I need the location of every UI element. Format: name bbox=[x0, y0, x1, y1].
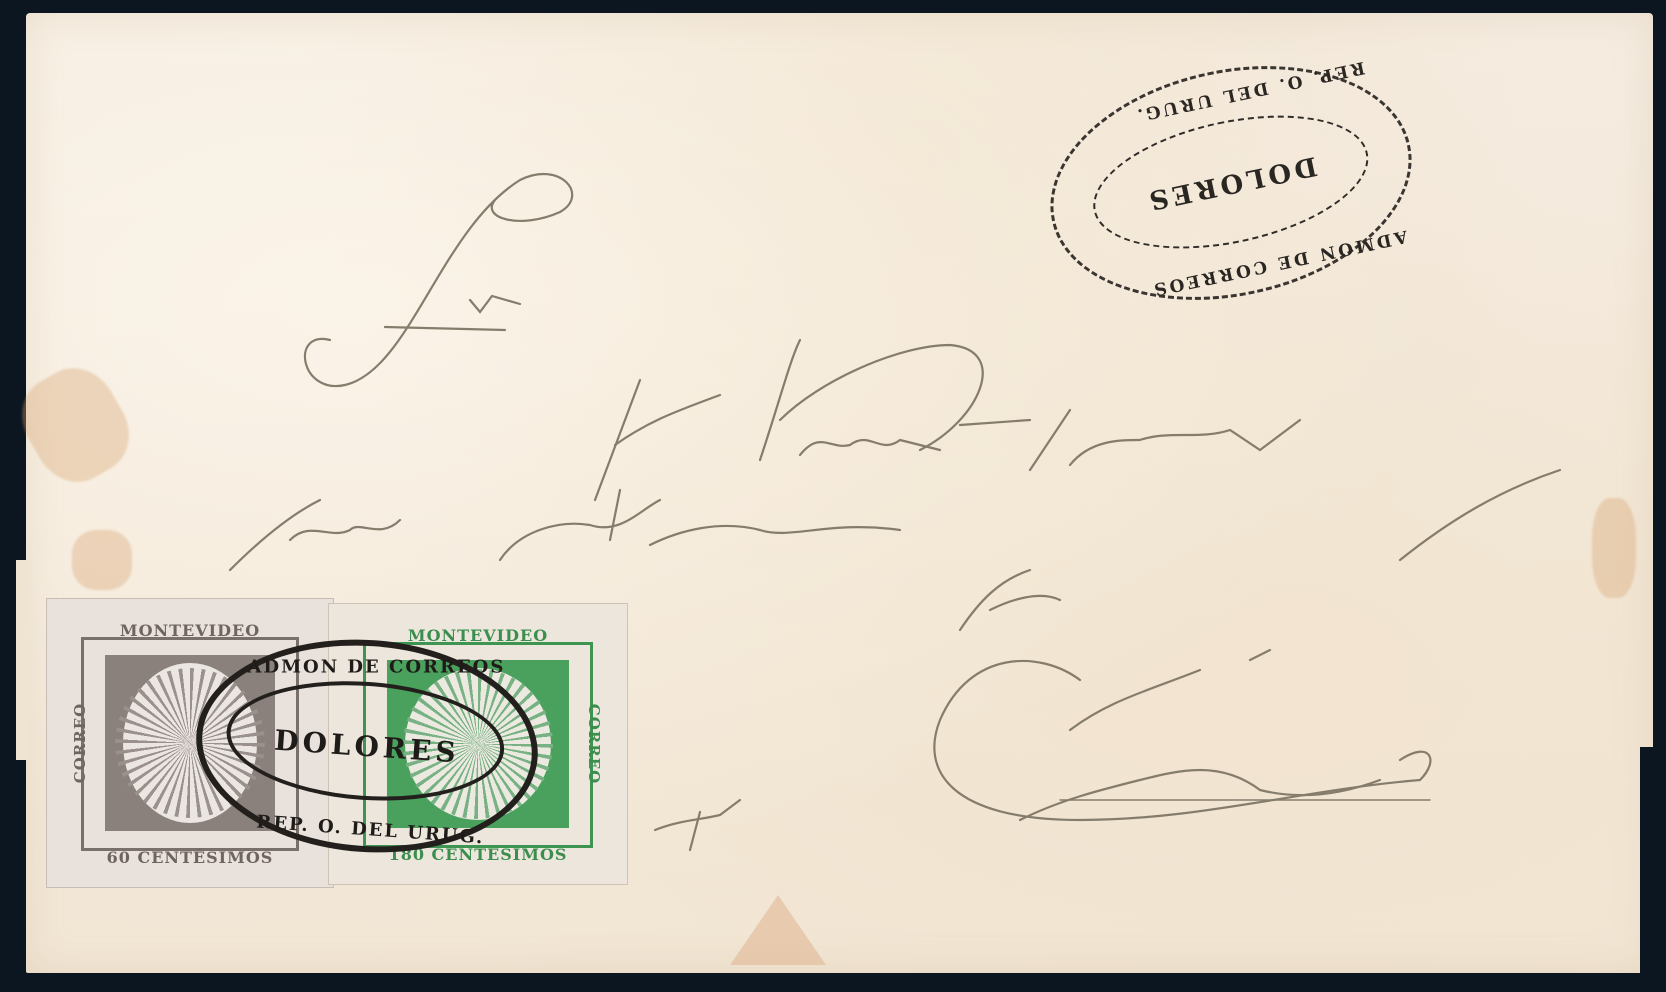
stain-left-lower bbox=[72, 530, 132, 590]
stain-right bbox=[1592, 498, 1636, 598]
postmark-ring-top-text: ADMON DE CORREOS bbox=[248, 656, 506, 677]
stamp-value-label: 60 CENTÉSIMOS bbox=[63, 848, 317, 867]
right-edge-notch bbox=[1640, 747, 1666, 973]
stamp-top-label: MONTEVIDEO bbox=[63, 621, 317, 640]
stamp-side-label: CORREO bbox=[585, 704, 603, 784]
left-fold-edge bbox=[16, 560, 28, 760]
stain-bottom bbox=[730, 895, 826, 965]
postmark-inner-ring bbox=[223, 672, 509, 809]
stamp-side-label: CORREO bbox=[71, 703, 89, 783]
